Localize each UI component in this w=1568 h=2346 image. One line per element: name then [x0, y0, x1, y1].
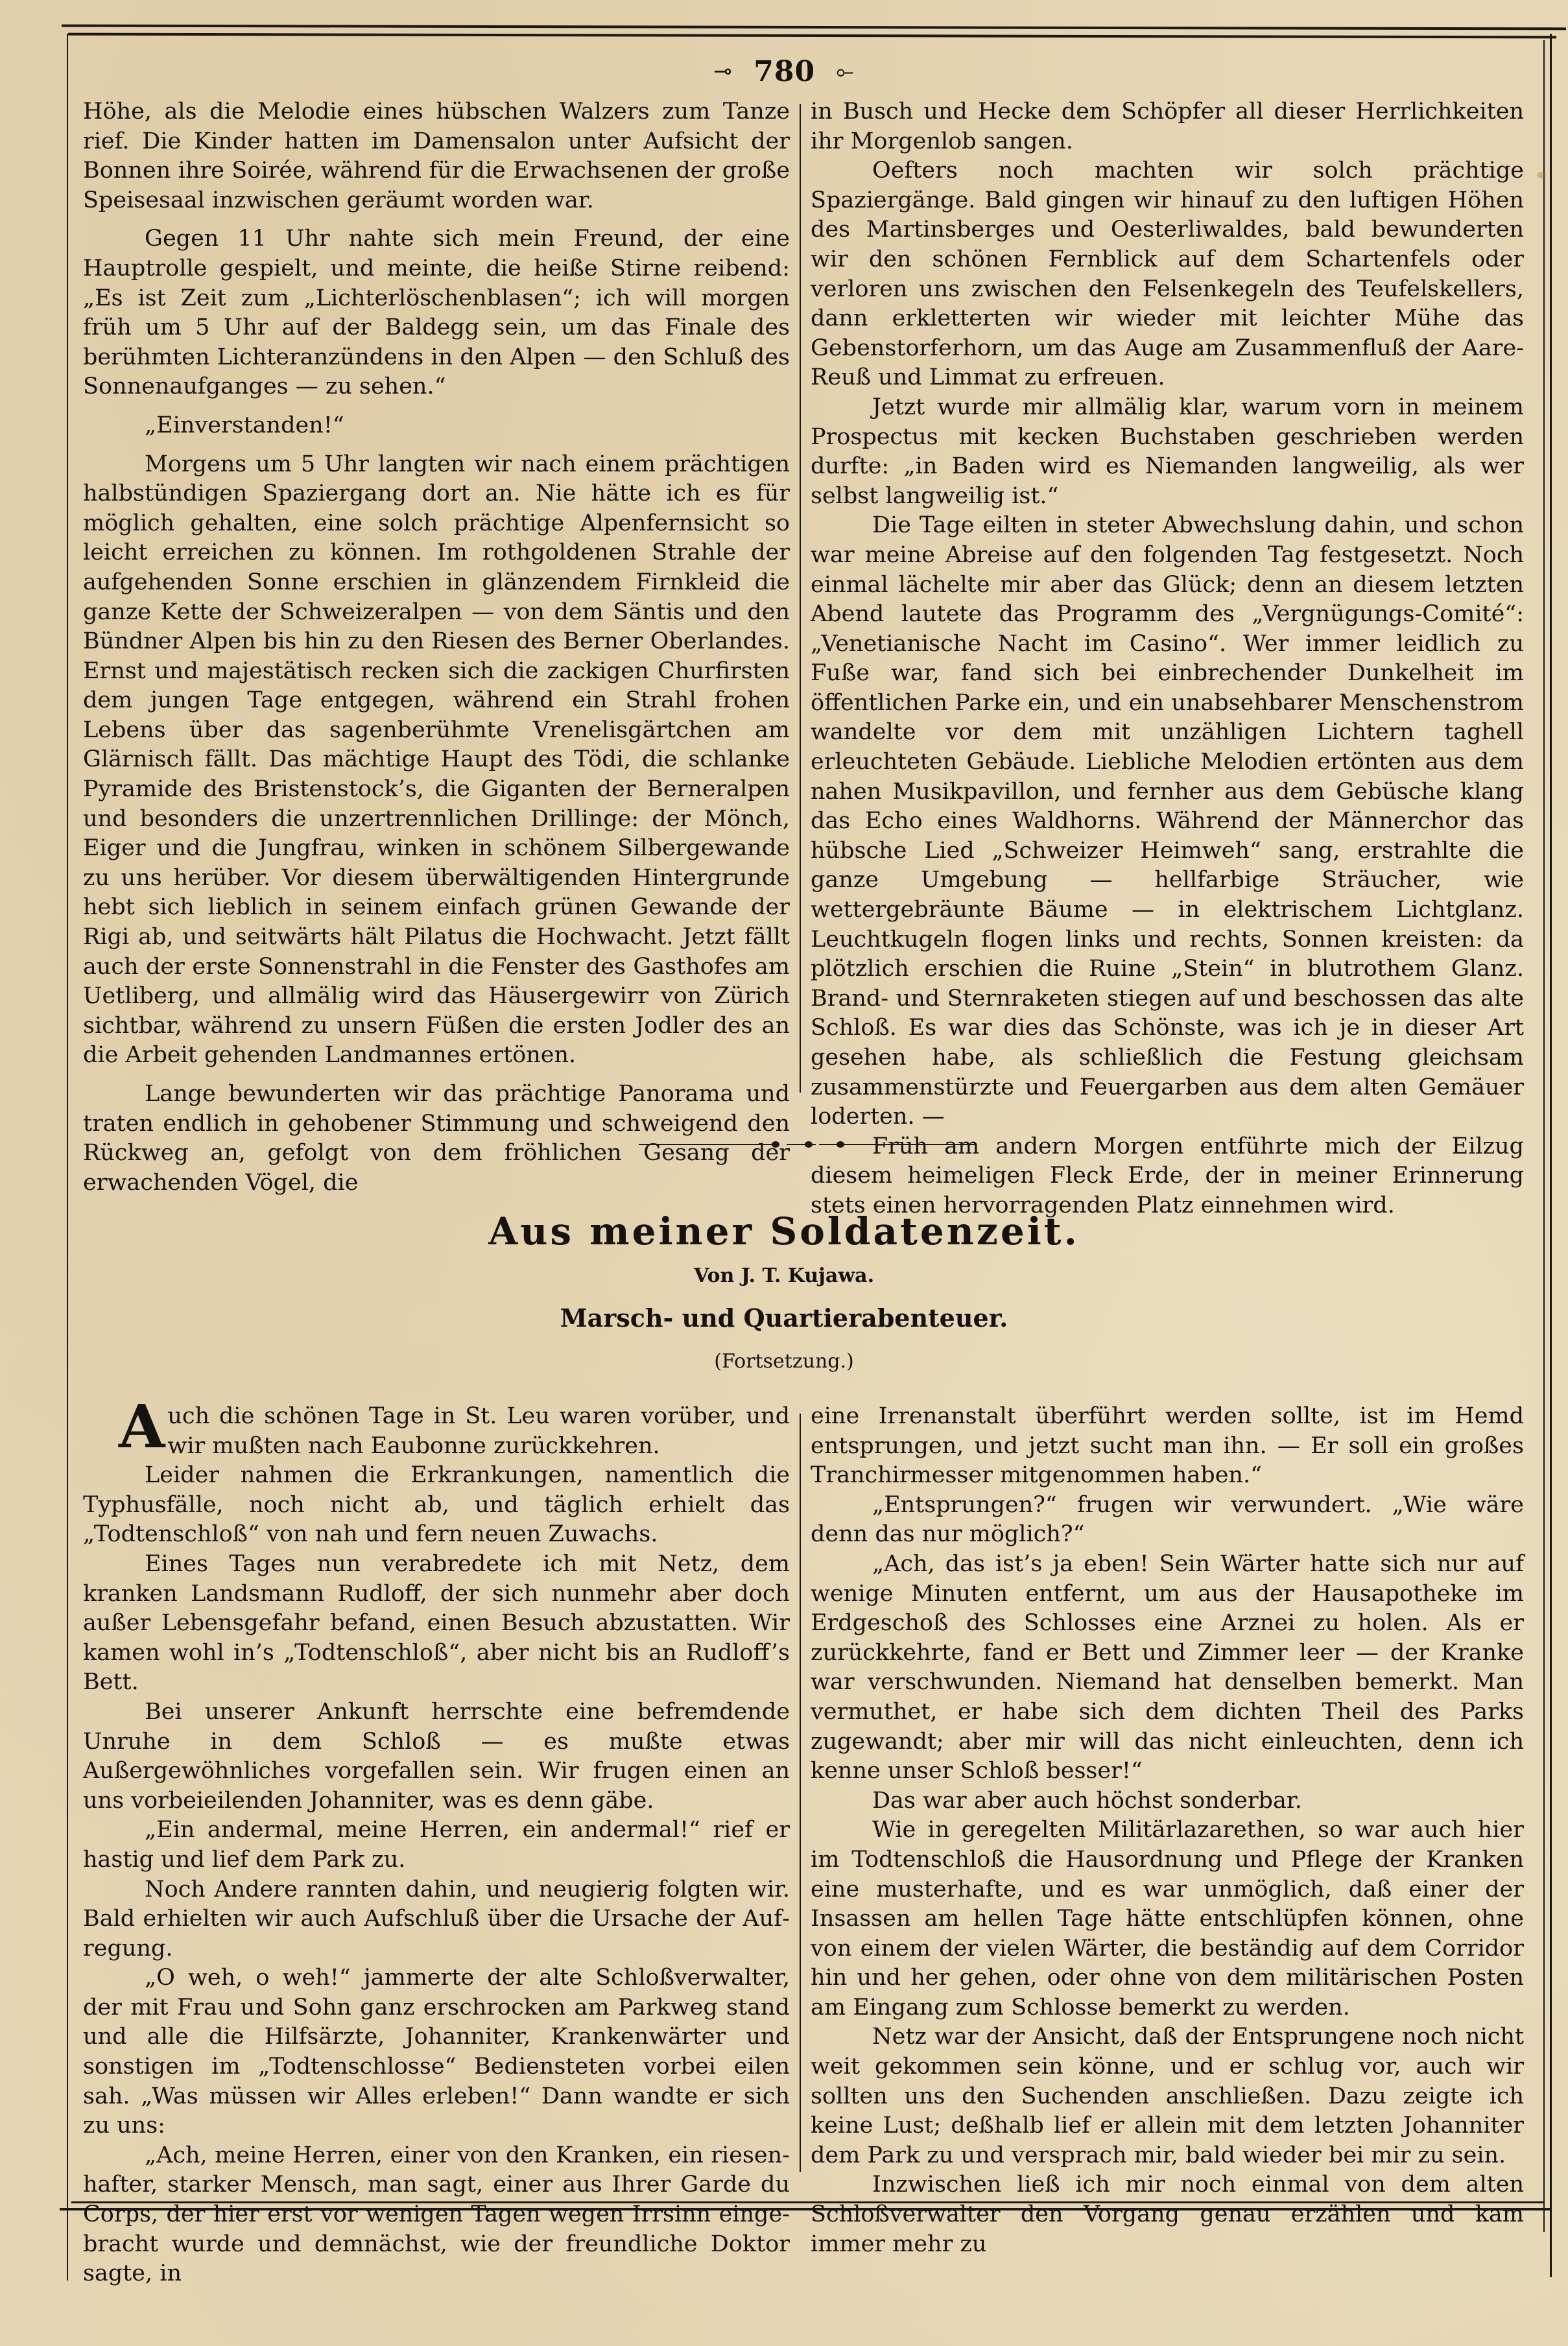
paragraph: Bei unserer Ankunft herrschte eine befre…: [83, 1698, 790, 1816]
frame-right-inner-rule: [1543, 40, 1545, 2232]
article-title: Aus meiner Soldatenzeit.: [0, 1209, 1568, 1253]
page-number: 780: [754, 55, 815, 88]
paragraph: Netz war der Ansicht, daß der Entsprunge…: [811, 2022, 1524, 2170]
continuation-note: (Fortsetzung.): [0, 1350, 1568, 1373]
article-2-right-column: eine Irrenanstalt überführt werden sollt…: [811, 1402, 1524, 2259]
paragraph: „Ein andermal, meine Herren, ein anderma…: [83, 1816, 790, 1875]
paragraph: „Entsprungen?“ frugen wir verwundert. „W…: [811, 1491, 1524, 1550]
article-subtitle: Marsch- und Quartierabenteuer.: [0, 1303, 1568, 1333]
article-1-left-column: Höhe, als die Melodie eines hübschen Wal…: [83, 97, 790, 1198]
paragraph: Das war aber auch höchst sonderbar.: [811, 1786, 1524, 1816]
frame-top-outer-rule: [62, 25, 1566, 30]
paragraph: „Einverstanden!“: [83, 411, 790, 441]
paragraph: Die Tage eilten in steter Abwechslung da…: [811, 511, 1524, 1132]
paragraph: Wie in geregelten Militärlazarethen, so …: [811, 1816, 1524, 2022]
article-1-right-column: in Busch und Hecke dem Schöpfer all dies…: [811, 97, 1524, 1221]
paragraph: Morgens um 5 Uhr langten wir nach einem …: [83, 450, 790, 1071]
frame-top-inner-rule: [68, 33, 1556, 39]
column-divider: [800, 104, 801, 1093]
paragraph: Noch Andere rannten dahin, und neugierig…: [83, 1875, 790, 1964]
paragraph: „Ach, meine Herren, einer von den Kranke…: [83, 2141, 790, 2289]
paragraph: „O weh, o weh!“ jammerte der alte Schloß…: [83, 1963, 790, 2141]
paragraph: Höhe, als die Melodie eines hübschen Wal…: [83, 97, 790, 215]
page-number-header: ⊸ 780 ⟜: [0, 55, 1568, 88]
paragraph: Leider nahmen die Erkrankungen, namentli…: [83, 1461, 790, 1550]
paragraph: Eines Tages nun verabredete ich mit Netz…: [83, 1550, 790, 1698]
ornament-right-icon: ⟜: [836, 58, 854, 84]
paragraph: Inzwischen ließ ich mir noch einmal von …: [811, 2170, 1524, 2259]
article-byline: Von J. T. Kujawa.: [0, 1264, 1568, 1287]
column-divider: [800, 1414, 801, 2172]
paper-stain: [1537, 172, 1546, 178]
paragraph: eine Irrenanstalt überführt werden sollt…: [811, 1402, 1524, 1491]
drop-cap: A: [119, 1407, 165, 1446]
ornament-left-icon: ⊸: [713, 58, 733, 84]
paragraph-with-drop-cap: Auch die schönen Tage in St. Leu waren v…: [83, 1402, 790, 1461]
frame-left-rule: [67, 34, 68, 2281]
article-2-left-column: Auch die schönen Tage in St. Leu waren v…: [83, 1402, 790, 2289]
section-separator-ornament: [639, 1141, 976, 1148]
paragraph: Lange bewunderten wir das prächtige Pano…: [83, 1080, 790, 1198]
paragraph: Gegen 11 Uhr nahte sich mein Freund, der…: [83, 224, 790, 402]
paragraph: „Ach, das ist’s ja eben! Sein Wärter hat…: [811, 1550, 1524, 1786]
paragraph-text: uch die schönen Tage in St. Leu waren vo…: [167, 1403, 790, 1459]
paragraph: Oefters noch machten wir solch prächtige…: [811, 156, 1524, 393]
frame-right-outer-rule: [1550, 34, 1552, 2277]
paragraph: in Busch und Hecke dem Schöpfer all dies…: [811, 97, 1524, 156]
paragraph: Jetzt wurde mir allmälig klar, warum vor…: [811, 393, 1524, 511]
